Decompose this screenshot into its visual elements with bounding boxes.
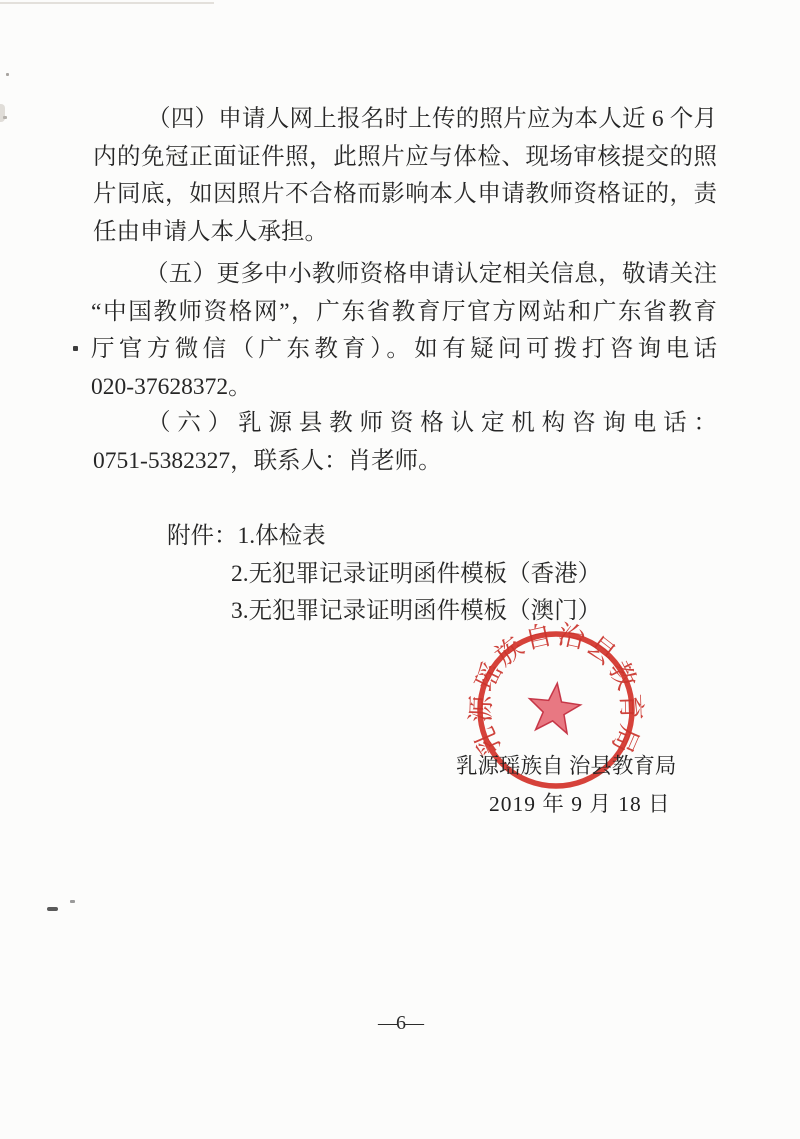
paragraph-4-line-2: 内的免冠正面证件照，此照片应与体检、现场审核提交的照: [93, 139, 717, 177]
paragraph-4-line-4: 任由申请人本人承担。: [93, 214, 717, 252]
svg-text:乳源瑶族自治县教育局: 乳源瑶族自治县教育局: [466, 619, 647, 759]
attachment-item-3: 3.无犯罪记录证明函件模板（澳门）: [231, 598, 601, 624]
paragraph-6-line-2: 0751-5382327，联系人：肖老师。: [93, 443, 717, 481]
attachment-item: 2.无犯罪记录证明函件模板（香港）: [231, 556, 601, 594]
paragraph-6-line-1: （六）乳源县教师资格认定机构咨询电话：: [147, 405, 717, 443]
seal-arc-text: 乳源瑶族自治县教育局: [466, 619, 647, 759]
attachments-label: 附件：: [167, 523, 238, 549]
scan-artifact: [6, 73, 9, 76]
seal-star-outline: [526, 680, 583, 735]
paragraph-5-line-4: 020-37628372。: [91, 369, 717, 407]
scanned-document-page: （四）申请人网上报名时上传的照片应为本人近 6 个月 内的免冠正面证件照，此照片…: [0, 0, 800, 1139]
paragraph-5-line-1: （五）更多中小教师资格申请认定相关信息，敬请关注: [145, 256, 717, 294]
attachments-list: 附件：1.体检表 2.无犯罪记录证明函件模板（香港） 3.无犯罪记录证明函件模板…: [167, 518, 601, 631]
attachment-item-1: 1.体检表: [238, 523, 326, 549]
paragraph-5-line-2: “中国教师资格网”，广东省教育厅官方网站和广东省教育: [91, 294, 717, 332]
attachment-item: 3.无犯罪记录证明函件模板（澳门）: [231, 593, 601, 631]
scan-artifact: [73, 346, 78, 351]
scan-artifact: [0, 104, 5, 122]
paragraph-4-line-3: 片同底，如因照片不合格而影响本人申请教师资格证的，责: [93, 176, 717, 214]
scan-artifact: [0, 2, 214, 4]
paragraph-4-line-1: （四）申请人网上报名时上传的照片应为本人近 6 个月: [147, 101, 717, 139]
page-number: —6—: [330, 1012, 470, 1035]
seal-star-icon: [526, 680, 583, 735]
scan-artifact: [3, 116, 7, 119]
attachment-item-2: 2.无犯罪记录证明函件模板（香港）: [231, 561, 601, 587]
scan-artifact: [47, 907, 58, 911]
attachment-item: 附件：1.体检表: [167, 518, 601, 556]
signature-agency: 乳源瑶族自 治县教育局: [456, 749, 676, 780]
paragraph-4: （四）申请人网上报名时上传的照片应为本人近 6 个月 内的免冠正面证件照，此照片…: [93, 101, 717, 251]
scan-artifact: [70, 900, 75, 903]
paragraph-5: （五）更多中小教师资格申请认定相关信息，敬请关注 “中国教师资格网”，广东省教育…: [91, 256, 717, 406]
paragraph-5-line-3: 厅官方微信（广东教育）。如有疑问可拨打咨询电话: [91, 331, 717, 369]
signature-date: 2019 年 9 月 18 日: [489, 787, 671, 818]
paragraph-6: （六）乳源县教师资格认定机构咨询电话： 0751-5382327，联系人：肖老师…: [93, 405, 717, 480]
